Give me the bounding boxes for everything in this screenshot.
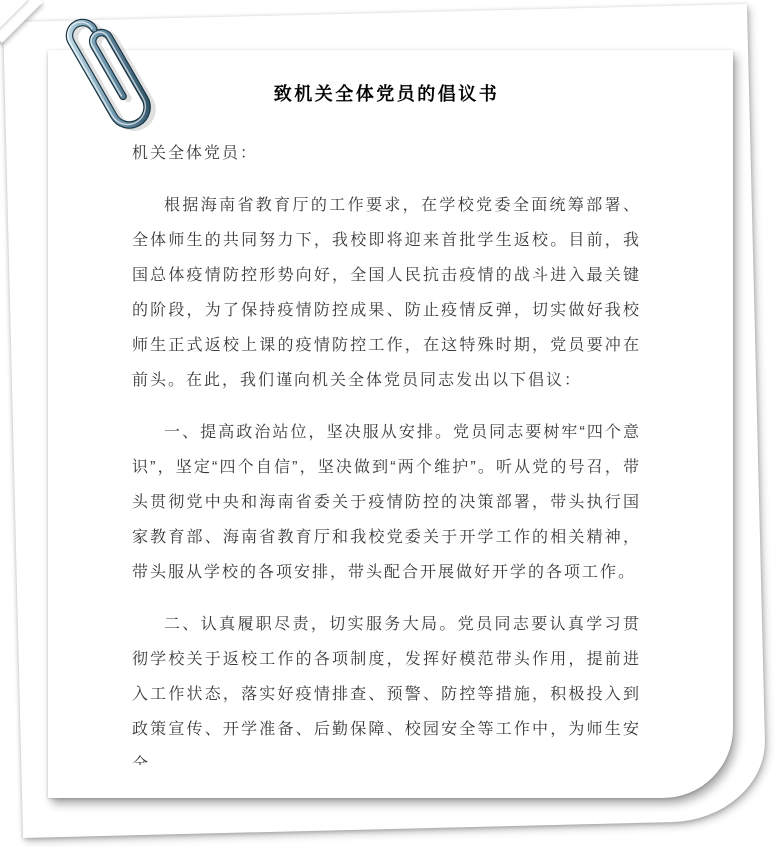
document-content: 致机关全体党员的倡议书 机关全体党员： 根据海南省教育厅的工作要求，在学校党委全… bbox=[48, 50, 641, 765]
salutation-line: 机关全体党员： bbox=[132, 136, 641, 171]
document-page: 致机关全体党员的倡议书 机关全体党员： 根据海南省教育厅的工作要求，在学校党委全… bbox=[48, 50, 733, 798]
document-title: 致机关全体党员的倡议书 bbox=[132, 81, 641, 107]
paragraph-intro: 根据海南省教育厅的工作要求，在学校党委全面统筹部署、全体师生的共同努力下，我校即… bbox=[132, 188, 641, 398]
paragraph-point-two: 二、认真履职尽责，切实服务大局。党员同志要认真学习贯彻学校关于返校工作的各项制度… bbox=[132, 607, 641, 765]
document-stage: 致机关全体党员的倡议书 机关全体党员： 根据海南省教育厅的工作要求，在学校党委全… bbox=[0, 0, 781, 847]
paragraph-point-one: 一、提高政治站位，坚决服从安排。党员同志要树牢“四个意识”，坚定“四个自信”，坚… bbox=[132, 415, 641, 590]
paperclip-icon bbox=[60, 6, 158, 138]
